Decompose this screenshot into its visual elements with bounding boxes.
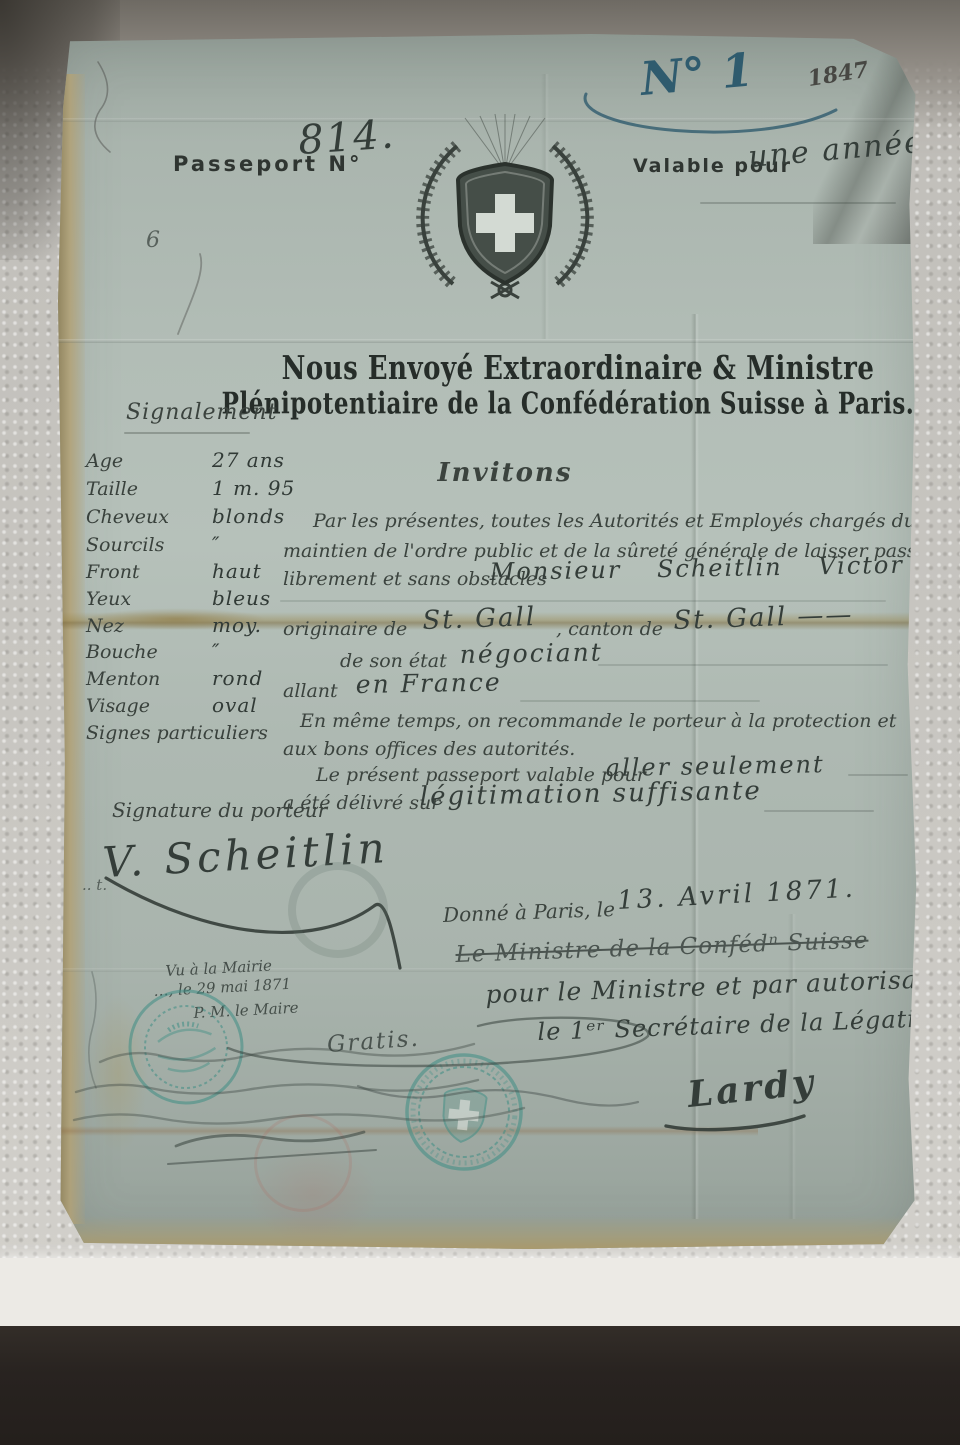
field-label: Taille: [86, 478, 212, 500]
legation-round-stamp-icon: [398, 1046, 530, 1178]
donne-a-paris-label: Donné à Paris, le: [443, 897, 616, 927]
signalement-row: Fronthaut: [86, 559, 262, 583]
allant-value: en France: [355, 667, 501, 699]
signature-du-porteur-label: Signature du porteur: [112, 798, 327, 822]
field-value: 27 ans: [212, 448, 285, 472]
signalement-underline: [124, 432, 250, 434]
archive-number: N° 1: [638, 42, 755, 106]
signalement-row: Nezmoy.: [86, 613, 262, 637]
originaire-value: St. Gall: [422, 602, 537, 636]
body-line: En même temps, on recommande le porteur …: [300, 710, 896, 732]
field-value: ″: [212, 639, 220, 663]
signalement-row: Bouche″: [86, 639, 220, 663]
allant-label: allant: [283, 680, 338, 702]
signalement-row: Sourcils″: [86, 532, 220, 556]
field-value: blonds: [212, 504, 285, 528]
field-value: moy.: [212, 613, 262, 637]
signalement-row: Visageoval: [86, 693, 258, 717]
canton-value: St. Gall ——: [673, 600, 854, 636]
field-label: Cheveux: [86, 506, 212, 528]
swiss-coat-of-arms: [395, 114, 615, 309]
canton-label: , canton de: [556, 618, 663, 640]
field-label: Sourcils: [86, 534, 212, 556]
fold-crease: [58, 339, 918, 343]
bottom-edge-discoloration: [58, 1216, 918, 1249]
etat-value: négociant: [459, 638, 602, 669]
signalement-row: Yeuxbleus: [86, 586, 271, 610]
signalement-row: Taille1 m. 95: [86, 476, 295, 500]
signalement-header: Signalement: [126, 400, 277, 425]
signalement-row: Age27 ans: [86, 448, 285, 472]
archival-photo: Passeport N° 814. 6 Valable pour une ann…: [0, 0, 960, 1445]
gratis-note: Gratis.: [326, 1026, 420, 1058]
field-label: Signes particuliers: [86, 722, 306, 744]
bearer-signature: V. Scheitlin: [101, 823, 389, 887]
ghost-seal-impression: [292, 866, 384, 954]
passport-document: Passeport N° 814. 6 Valable pour une ann…: [58, 34, 918, 1249]
passeport-number-value: 814.: [297, 111, 397, 164]
blank-line: [520, 700, 760, 702]
blank-line: [764, 810, 874, 812]
field-value: bleus: [212, 586, 271, 610]
struck-through-line: Le Ministre de la Confédⁿ Suisse: [455, 928, 869, 968]
delivre-value: légitimation suffisante: [419, 776, 762, 812]
field-value: ″: [212, 532, 220, 556]
field-label: Yeux: [86, 588, 212, 610]
pencil-scribble: [95, 62, 110, 152]
table-edge: [0, 1258, 960, 1330]
issue-date-handwritten: 13. Avril 1871.: [616, 874, 856, 916]
body-line: Par les présentes, toutes les Autorités …: [313, 510, 916, 532]
field-value: oval: [212, 693, 258, 717]
title-line-2: Plénipotentiaire de la Confédération Sui…: [218, 386, 918, 421]
binding-edge: [58, 74, 85, 1224]
secretaire-legation-line: le 1ᵉʳ Secrétaire de la Légation: [537, 1004, 948, 1046]
margin-note: .. t.: [82, 876, 107, 894]
signalement-row: Signes particuliers: [86, 720, 306, 744]
body-line: aux bons offices des autorités.: [283, 738, 575, 760]
bearer-name-handwritten: Monsieur Scheitlin Victor: [490, 551, 905, 586]
field-value: rond: [212, 666, 263, 690]
pencil-stroke: [178, 254, 201, 334]
originaire-label: originaire de: [283, 618, 407, 640]
margin-mark: 6: [146, 228, 160, 253]
red-round-stamp-icon: [254, 1114, 352, 1212]
blank-line: [700, 202, 896, 204]
field-label: Visage: [86, 695, 212, 717]
invitons-heading: Invitons: [405, 458, 605, 488]
field-value: 1 m. 95: [212, 476, 295, 500]
signalement-row: Mentonrond: [86, 666, 263, 690]
background-dark-floor: [0, 1326, 960, 1445]
title-line-1: Nous Envoyé Extraordinaire & Ministre: [248, 350, 908, 388]
blank-line: [598, 664, 888, 666]
field-label: Bouche: [86, 641, 212, 663]
signature-flourish: [106, 878, 400, 968]
blank-line: [848, 774, 908, 776]
field-label: Nez: [86, 615, 212, 637]
field-value: haut: [212, 559, 262, 583]
signalement-row: Cheveuxblonds: [86, 504, 285, 528]
field-label: Front: [86, 561, 212, 583]
official-signature: Lardy: [686, 1061, 818, 1116]
field-label: Menton: [86, 668, 212, 690]
swiss-shield-icon: [458, 164, 552, 283]
field-label: Age: [86, 450, 212, 472]
